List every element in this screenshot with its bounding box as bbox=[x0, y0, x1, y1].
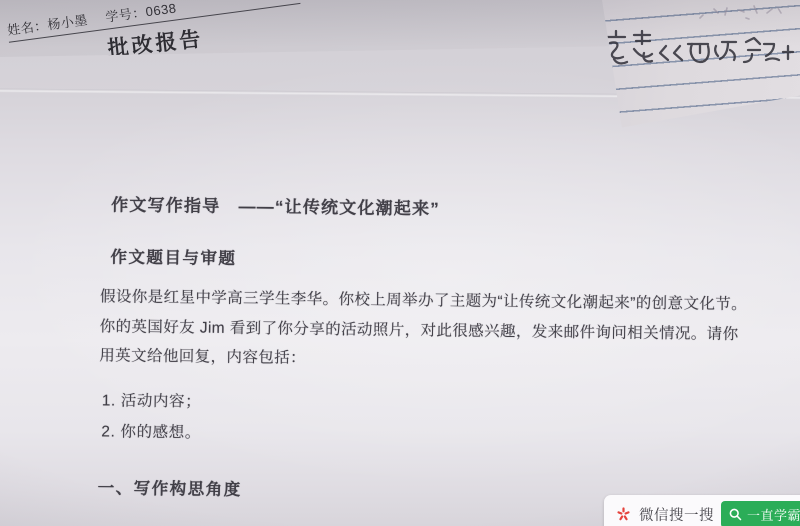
doc-paragraph: 假设你是红星中学高三学生李华。你校上周举办了主题为“让传统文化潮起来”的创意文化… bbox=[99, 282, 760, 379]
name-value: 杨小墨 bbox=[47, 12, 89, 32]
photo-root: { "report_sheet": { "name_label": "姓名：",… bbox=[0, 0, 800, 526]
list-item: 1. 活动内容； bbox=[102, 386, 202, 418]
watermark-brand-label: 微信搜一搜 bbox=[639, 504, 714, 525]
search-query-pill: 一直学霸 bbox=[721, 501, 800, 526]
search-query-label: 一直学霸 bbox=[747, 505, 800, 524]
doc-title: 作文写作指导 ——“让传统文化潮起来” bbox=[111, 190, 440, 219]
doc-list: 1. 活动内容； 2. 你的感想。 bbox=[101, 386, 201, 448]
search-icon bbox=[728, 507, 743, 522]
list-item: 2. 你的感想。 bbox=[101, 417, 201, 449]
watermark-wechat-search: 微信搜一搜 一直学霸 bbox=[604, 495, 800, 526]
wechat-search-logo-icon bbox=[615, 506, 632, 523]
name-label: 姓名： bbox=[6, 18, 48, 38]
doc-section-heading: 一、写作构思角度 bbox=[98, 474, 242, 500]
doc-section-title: 作文题目与审题 bbox=[110, 243, 236, 269]
handwritten-note bbox=[604, 28, 796, 76]
student-id-label: 学号： bbox=[105, 5, 147, 25]
pencil-marks bbox=[694, 0, 786, 26]
student-id-value: 0638 bbox=[145, 0, 178, 19]
